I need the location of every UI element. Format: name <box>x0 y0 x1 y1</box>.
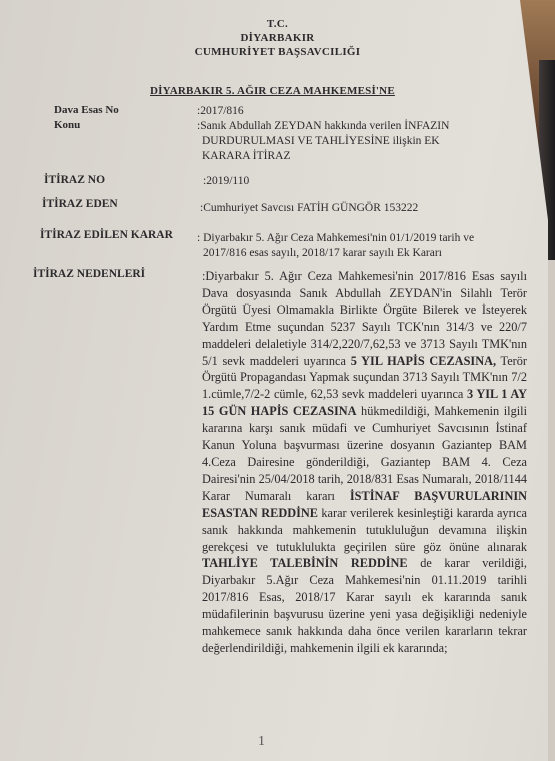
reasons-body-text: :Diyarbakır 5. Ağır Ceza Mahkemesi'nin 2… <box>202 268 527 657</box>
decision-line-2: 2017/816 esas sayılı, 2018/17 karar sayı… <box>203 246 442 261</box>
addressee-court: DİYARBAKIR 5. AĞIR CEZA MAHKEMESİ'NE <box>150 85 395 97</box>
objection-no-label: İTİRAZ NO <box>44 174 105 186</box>
page-number: 1 <box>258 734 265 750</box>
subject-line-3: KARARA İTİRAZ <box>202 149 291 164</box>
case-no-label: Dava Esas No <box>54 104 119 116</box>
reasons-label: İTİRAZ NEDENLERİ <box>33 268 145 280</box>
header-office: CUMHURİYET BAŞSAVCILIĞI <box>0 46 555 58</box>
subject-label: Konu <box>54 119 80 131</box>
emphasized-ruling: 5 YIL HAPİS CEZASINA, <box>351 354 496 368</box>
objector-label: İTİRAZ EDEN <box>42 198 118 210</box>
objection-no-value: :2019/110 <box>203 174 249 189</box>
header-tc: T.C. <box>0 18 555 30</box>
emphasized-ruling: TAHLİYE TALEBİNİN REDDİNE <box>202 556 408 570</box>
header-city: DİYARBAKIR <box>0 32 555 44</box>
objector-value: :Cumhuriyet Savcısı FATİH GÜNGÖR 153222 <box>200 201 418 216</box>
case-no-value: :2017/816 <box>197 104 244 119</box>
decision-line-1: : Diyarbakır 5. Ağır Ceza Mahkemesi'nin … <box>197 231 474 246</box>
reasons-text-segment: de karar verildiği, Diyarbakır 5.Ağır Ce… <box>202 556 527 655</box>
document-page: T.C. DİYARBAKIR CUMHURİYET BAŞSAVCILIĞI … <box>0 0 548 761</box>
decision-label: İTİRAZ EDİLEN KARAR <box>40 229 173 241</box>
subject-line-2: DURDURULMASI VE TAHLİYESİNE ilişkin EK <box>202 134 440 149</box>
subject-line-1: :Sanık Abdullah ZEYDAN hakkında verilen … <box>197 119 449 134</box>
